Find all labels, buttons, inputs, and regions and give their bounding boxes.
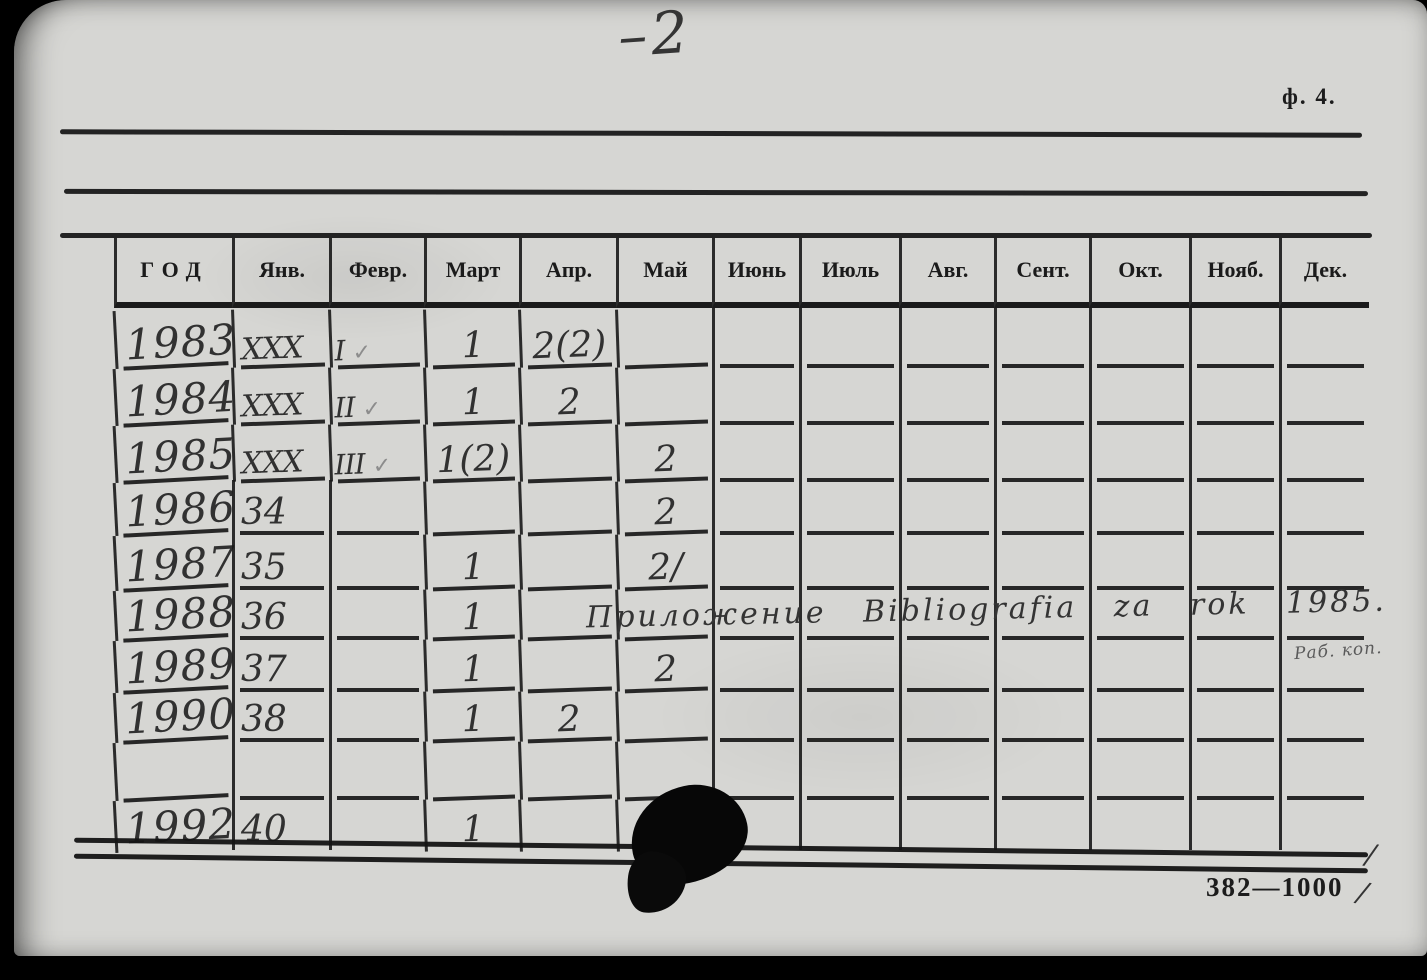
- year-cell: 1985: [113, 420, 234, 483]
- year-cell: [113, 737, 234, 801]
- month-cell: [1189, 533, 1279, 588]
- month-cell: [994, 423, 1089, 480]
- ruled-line: [64, 189, 1368, 196]
- handwritten-page-number: –2: [616, 0, 694, 70]
- month-cell: III✓: [328, 421, 425, 481]
- month-cell: [712, 638, 799, 690]
- month-cell: [994, 798, 1089, 850]
- year-cell: 1983: [113, 305, 234, 369]
- header-cell-3: Март: [424, 238, 519, 308]
- month-cell: [1089, 533, 1189, 588]
- month-cell: [1189, 638, 1279, 690]
- month-cell: [799, 638, 899, 690]
- month-cell: [712, 366, 799, 423]
- header-cell-0: ГОД: [114, 238, 232, 308]
- month-cell: [423, 738, 520, 799]
- month-cell: 38: [232, 690, 329, 740]
- month-cell: 1: [423, 364, 520, 424]
- month-cell: [1089, 798, 1189, 850]
- check-mark: ✓: [352, 342, 370, 365]
- month-cell: [899, 308, 994, 366]
- month-cell: [1279, 366, 1369, 423]
- ruled-line: [60, 129, 1362, 137]
- month-cell: [1089, 423, 1189, 480]
- month-cell: [1089, 638, 1189, 690]
- month-cell: [329, 480, 424, 533]
- month-cell: 1: [423, 531, 520, 589]
- month-cell: [1279, 740, 1369, 798]
- month-cell: [799, 690, 899, 740]
- month-cell: [423, 478, 520, 534]
- month-cell: [994, 740, 1089, 798]
- month-cell: XXX: [231, 306, 330, 367]
- scanned-page: –2 ф. 4. ГОДЯнв.Февр.МартАпр.МайИюньИюль…: [14, 0, 1427, 956]
- month-cell: [994, 638, 1089, 690]
- month-cell: [329, 740, 424, 798]
- month-cell: [1189, 798, 1279, 850]
- month-cell: [899, 690, 994, 740]
- month-cell: 2: [615, 421, 713, 481]
- month-cell: [1189, 423, 1279, 480]
- month-cell: [799, 480, 899, 533]
- month-cell: [899, 533, 994, 588]
- month-cell: [1089, 690, 1189, 740]
- publication-record-table: ГОДЯнв.Февр.МартАпр.МайИюньИюльАвг.Сент.…: [114, 238, 1369, 850]
- month-cell: [232, 740, 329, 798]
- header-cell-11: Нояб.: [1189, 238, 1279, 308]
- month-cell: [1089, 308, 1189, 366]
- month-cell: 1: [423, 636, 520, 691]
- month-cell: [1089, 366, 1189, 423]
- month-cell: [1279, 480, 1369, 533]
- month-cell: [899, 740, 994, 798]
- month-cell: [615, 688, 713, 741]
- month-cell: [899, 423, 994, 480]
- handwritten-value: I: [334, 337, 345, 365]
- month-cell: [899, 798, 994, 850]
- print-run-code: 382—1000: [1206, 872, 1344, 903]
- month-cell: [799, 423, 899, 480]
- header-cell-9: Сент.: [994, 238, 1089, 308]
- month-cell: [329, 588, 424, 638]
- month-cell: [1089, 740, 1189, 798]
- month-cell: [994, 366, 1089, 423]
- month-cell: 2/: [615, 531, 713, 589]
- month-cell: [899, 638, 994, 690]
- month-cell: 1: [423, 688, 520, 741]
- month-cell: [994, 480, 1089, 533]
- month-cell: [799, 533, 899, 588]
- month-cell: [1189, 690, 1279, 740]
- month-cell: 35: [232, 533, 329, 588]
- month-cell: [712, 690, 799, 740]
- month-cell: 2: [615, 478, 713, 534]
- header-cell-6: Июнь: [712, 238, 799, 308]
- month-cell: [712, 740, 799, 798]
- month-cell: [329, 690, 424, 740]
- month-cell: [518, 531, 617, 589]
- month-cell: [518, 738, 617, 799]
- month-cell: 1: [423, 306, 520, 367]
- month-cell: [1279, 308, 1369, 366]
- month-cell: [994, 533, 1089, 588]
- month-cell: [712, 480, 799, 533]
- handwritten-value: III: [334, 450, 365, 479]
- month-cell: 2: [518, 364, 617, 424]
- header-cell-2: Февр.: [329, 238, 424, 308]
- month-cell: 1: [423, 586, 520, 639]
- month-cell: [1189, 480, 1279, 533]
- header-cell-7: Июль: [799, 238, 899, 308]
- month-cell: [799, 366, 899, 423]
- month-cell: II✓: [328, 364, 425, 424]
- month-cell: [1279, 690, 1369, 740]
- month-cell: [799, 308, 899, 366]
- header-cell-10: Окт.: [1089, 238, 1189, 308]
- month-cell: [1279, 533, 1369, 588]
- month-cell: [518, 636, 617, 691]
- month-cell: [329, 533, 424, 588]
- month-cell: XXX: [231, 421, 330, 481]
- check-mark: ✓: [362, 399, 380, 422]
- month-cell: 2: [615, 636, 713, 691]
- month-cell: [799, 798, 899, 850]
- form-number-label: ф. 4.: [1282, 84, 1337, 110]
- handwritten-value: II: [334, 394, 355, 423]
- month-cell: 34: [232, 480, 329, 533]
- header-cell-1: Янв.: [232, 238, 329, 308]
- year-cell: 1986: [113, 477, 234, 536]
- month-cell: XXX: [231, 364, 330, 424]
- header-cell-8: Авг.: [899, 238, 994, 308]
- header-cell-5: Май: [616, 238, 712, 308]
- month-cell: [1189, 366, 1279, 423]
- year-cell: 1984: [113, 363, 234, 426]
- handwritten-tick-mark: /: [1355, 875, 1371, 909]
- month-cell: [994, 308, 1089, 366]
- month-cell: [615, 306, 713, 367]
- month-cell: [329, 638, 424, 690]
- month-cell: [1279, 423, 1369, 480]
- year-cell: 1988: [113, 585, 233, 641]
- month-cell: [518, 478, 617, 534]
- month-cell: [899, 366, 994, 423]
- month-cell: [1089, 480, 1189, 533]
- month-cell: [518, 421, 617, 481]
- month-cell: 36: [232, 588, 329, 638]
- month-cell: [1189, 308, 1279, 366]
- month-cell: [712, 533, 799, 588]
- month-cell: 37: [232, 638, 329, 690]
- check-mark: ✓: [372, 456, 390, 479]
- month-cell: [799, 740, 899, 798]
- month-cell: [615, 364, 713, 424]
- header-cell-4: Апр.: [519, 238, 616, 308]
- month-cell: 2(2): [518, 306, 617, 367]
- month-cell: [1279, 798, 1369, 850]
- year-cell: 1987: [113, 530, 234, 591]
- month-cell: [712, 423, 799, 480]
- month-cell: [712, 308, 799, 366]
- month-cell: [899, 480, 994, 533]
- year-cell: 1990: [113, 687, 233, 743]
- month-cell: [1189, 740, 1279, 798]
- month-cell: I✓: [328, 306, 425, 367]
- header-cell-12: Дек.: [1279, 238, 1369, 308]
- year-cell: 1989: [113, 635, 234, 693]
- month-cell: [994, 690, 1089, 740]
- month-cell: 1(2): [423, 421, 520, 481]
- month-cell: 2: [518, 688, 617, 741]
